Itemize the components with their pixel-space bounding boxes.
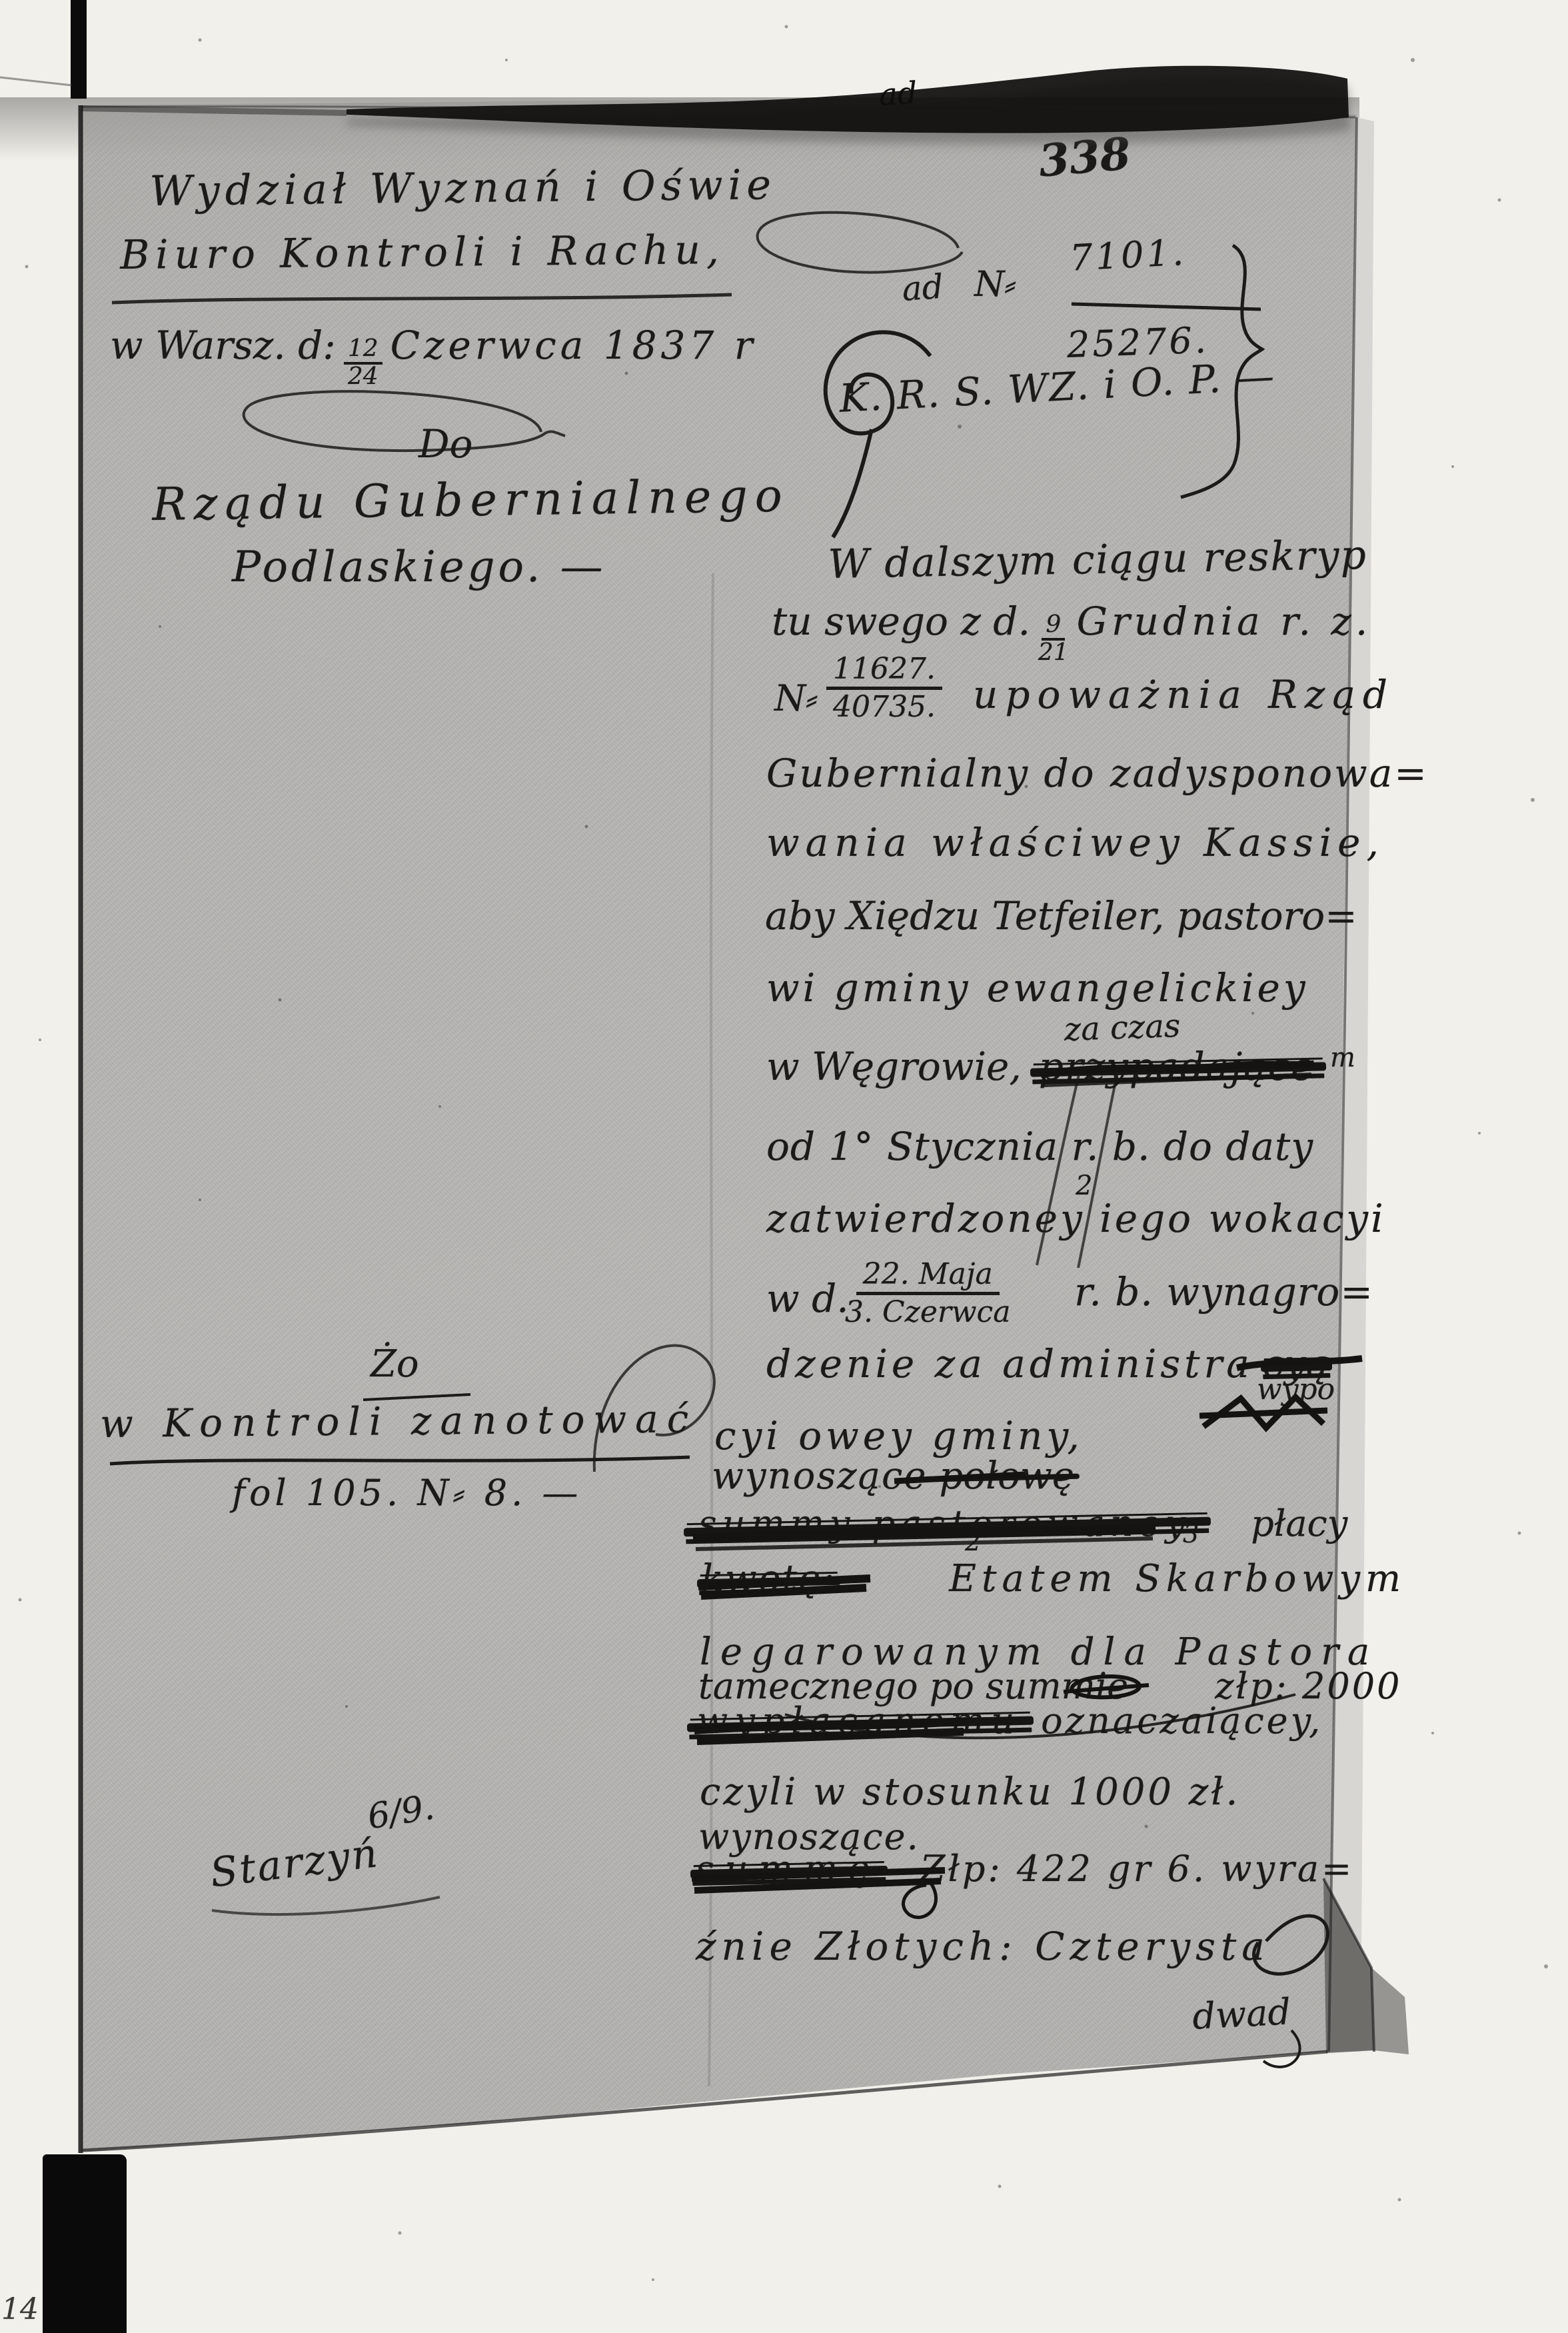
body-line-22-struck: summę: [696, 1850, 880, 1888]
body-line-15: summy pastorowaney płacy: [698, 1505, 1347, 1543]
ref-num-label: N⸗: [974, 267, 1016, 303]
body-line-14: wynoszące połowę: [712, 1457, 1074, 1496]
ref-ad: ad: [901, 269, 944, 307]
body-line-6: aby Xiędzu Tetfeiler, pastoro=: [765, 896, 1357, 937]
body-line-22: summę Złp: 422 gr 6. wyra=: [696, 1850, 1354, 1888]
page-number: 338: [1037, 131, 1132, 185]
place-date-pre: w Warsz. d:: [110, 325, 336, 366]
body-line-8-insertion: za czas: [1064, 1009, 1181, 1047]
header-salutation: Do: [418, 424, 472, 465]
corner-mark: 14: [1, 2294, 39, 2325]
ref-num-top: 7101.: [1069, 234, 1187, 278]
body-line-5: wania właściwey Kassie,: [766, 823, 1385, 863]
body-line-15-struck: summy pastorowaney: [698, 1505, 1191, 1543]
body-line-8: w Węgrowie, przypadające: [766, 1047, 1315, 1087]
film-edge-bar-bottom: [43, 2154, 127, 2333]
body-line-7: wi gminy ewangelickiey: [766, 968, 1309, 1009]
paper-top-shadow-band: [0, 97, 1359, 161]
body-line-1: W dalszym ciągu reskryp: [828, 535, 1367, 586]
body-line-16: kwotę: Etatem Skarbowym: [701, 1560, 1406, 1599]
body-line-3: upoważnia Rząd: [973, 675, 1395, 715]
place-date-post: Czerwca 1837 r: [391, 325, 757, 366]
margin-note: w Kontroli zanotować: [100, 1398, 697, 1444]
body-line-9: od 1° Stycznia r. b. do daty: [766, 1127, 1313, 1167]
header-dept-line2: Biuro Kontroli i Rachu,: [120, 229, 725, 277]
header-dept-line1: Wydział Wyznań i Oświe: [149, 163, 776, 213]
date-fraction: 12 24: [344, 337, 383, 389]
film-edge-bar-top: [71, 0, 87, 99]
body-line-11-post: r. b. wynagro=: [1074, 1272, 1373, 1312]
body-line-10: zatwierdzoney iego wokacyi: [766, 1198, 1386, 1239]
body-line-12-insertion: wypo: [1257, 1374, 1335, 1405]
body-line-20: czyli w stosunku 1000 zł.: [700, 1773, 1240, 1812]
body-line-3-label: N⸗: [774, 680, 818, 718]
body-line-23: źnie Złotych: Czterysta: [696, 1926, 1270, 1967]
margin-mark: Żo: [371, 1345, 419, 1384]
body-line-8-struck: przypadające: [1039, 1047, 1315, 1087]
catchword: dwad: [1191, 1993, 1291, 2036]
header-addressee2: Podlaskiego. —: [232, 545, 606, 590]
edge-note: ad: [878, 77, 918, 111]
body-line-11-pre: w d.: [766, 1278, 849, 1319]
margin-folio: fol 105. N⸗ 8. —: [232, 1474, 582, 1512]
body-line-16-struck: kwotę:: [701, 1560, 836, 1599]
body-line-12: dzenie za administra cyą: [766, 1344, 1329, 1384]
body-line-8-superscript: m: [1330, 1044, 1355, 1072]
body-line-2-date-fraction: 9 21: [1038, 613, 1069, 665]
body-line-3-number-fraction: 11627. 40735.: [826, 655, 942, 722]
body-line-19: wypłacanemu oznaczaiącey,: [697, 1702, 1323, 1740]
header-addressee1: Rządu Gubernialnego: [152, 473, 790, 529]
body-line-13: cyi owey gminy,: [714, 1416, 1084, 1456]
top-left-scratch: [0, 77, 72, 85]
body-line-19-struck: wypłacanemu: [697, 1702, 1021, 1740]
header-place-date: w Warsz. d: 12 24 Czerwca 1837 r: [110, 325, 756, 391]
body-line-14-struck: połowę: [939, 1457, 1074, 1496]
body-line-11-date-fraction: 22. Maja 3. Czerwca: [845, 1260, 1010, 1327]
body-line-4: Gubernialny do zadysponowa=: [766, 753, 1429, 794]
scanned-document-page: 338 ad 14 Wydział Wyznań i Oświe Biuro K…: [0, 0, 1568, 2333]
